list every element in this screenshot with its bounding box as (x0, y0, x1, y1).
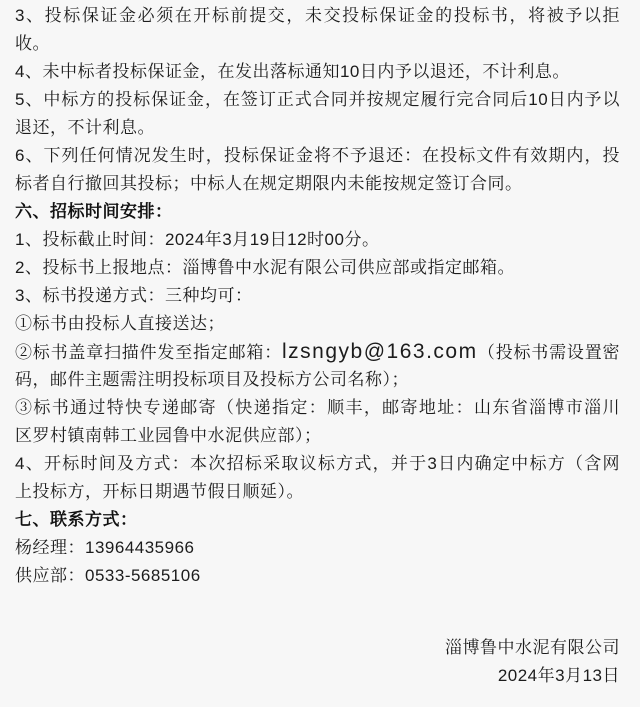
text-line: 标者自行撤回其投标；中标人在规定期限内未能按规定签订合同。 (15, 170, 620, 198)
text-line: ①标书由投标人直接送达； (15, 310, 620, 338)
text-line: 1、投标截止时间：2024年3月19日12时00分。 (15, 226, 620, 254)
email-text: lzsngyb@163.com (282, 340, 478, 363)
text-segment: ②标书盖章扫描件发至指定邮箱： (15, 343, 282, 362)
date-signature: 2024年3月13日 (15, 662, 620, 690)
text-line: 4、未中标者投标保证金，在发出落标通知10日内予以退还，不计利息。 (15, 58, 620, 86)
text-line: ②标书盖章扫描件发至指定邮箱：lzsngyb@163.com（投标书需设置密 (15, 338, 620, 366)
text-line: 上投标方，开标日期遇节假日顺延）。 (15, 478, 620, 506)
text-line: 6、下列任何情况发生时，投标保证金将不予退还：在投标文件有效期内，投 (15, 142, 620, 170)
text-line: 码，邮件主题需注明投标项目及投标方公司名称）； (15, 366, 620, 394)
contact-line-manager: 杨经理：13964435966 (15, 534, 620, 562)
document-body: 3、投标保证金必须在开标前提交，未交投标保证金的投标书，将被予以拒收。4、未中标… (15, 2, 620, 690)
text-line: ③标书通过特快专递邮寄（快递指定：顺丰，邮寄地址：山东省淄博市淄川 (15, 394, 620, 422)
text-line: 3、投标保证金必须在开标前提交，未交投标保证金的投标书，将被予以拒 (15, 2, 620, 30)
text-line: 4、开标时间及方式：本次招标采取议标方式，并于3日内确定中标方（含网 (15, 450, 620, 478)
text-segment: （投标书需设置密 (478, 343, 620, 362)
text-line: 退还，不计利息。 (15, 114, 620, 142)
section-heading-contact: 七、联系方式： (15, 506, 620, 534)
document-page: 3、投标保证金必须在开标前提交，未交投标保证金的投标书，将被予以拒收。4、未中标… (0, 0, 640, 707)
text-line: 收。 (15, 30, 620, 58)
section-heading-schedule: 六、招标时间安排： (15, 198, 620, 226)
contact-line-supply-dept: 供应部：0533-5685106 (15, 562, 620, 590)
text-line: 3、标书投递方式：三种均可： (15, 282, 620, 310)
text-line: 区罗村镇南韩工业园鲁中水泥供应部）； (15, 422, 620, 450)
text-line: 5、中标方的投标保证金，在签订正式合同并按规定履行完合同后10日内予以 (15, 86, 620, 114)
company-signature: 淄博鲁中水泥有限公司 (15, 634, 620, 662)
blank-gap (15, 590, 620, 634)
text-line: 2、投标书上报地点：淄博鲁中水泥有限公司供应部或指定邮箱。 (15, 254, 620, 282)
